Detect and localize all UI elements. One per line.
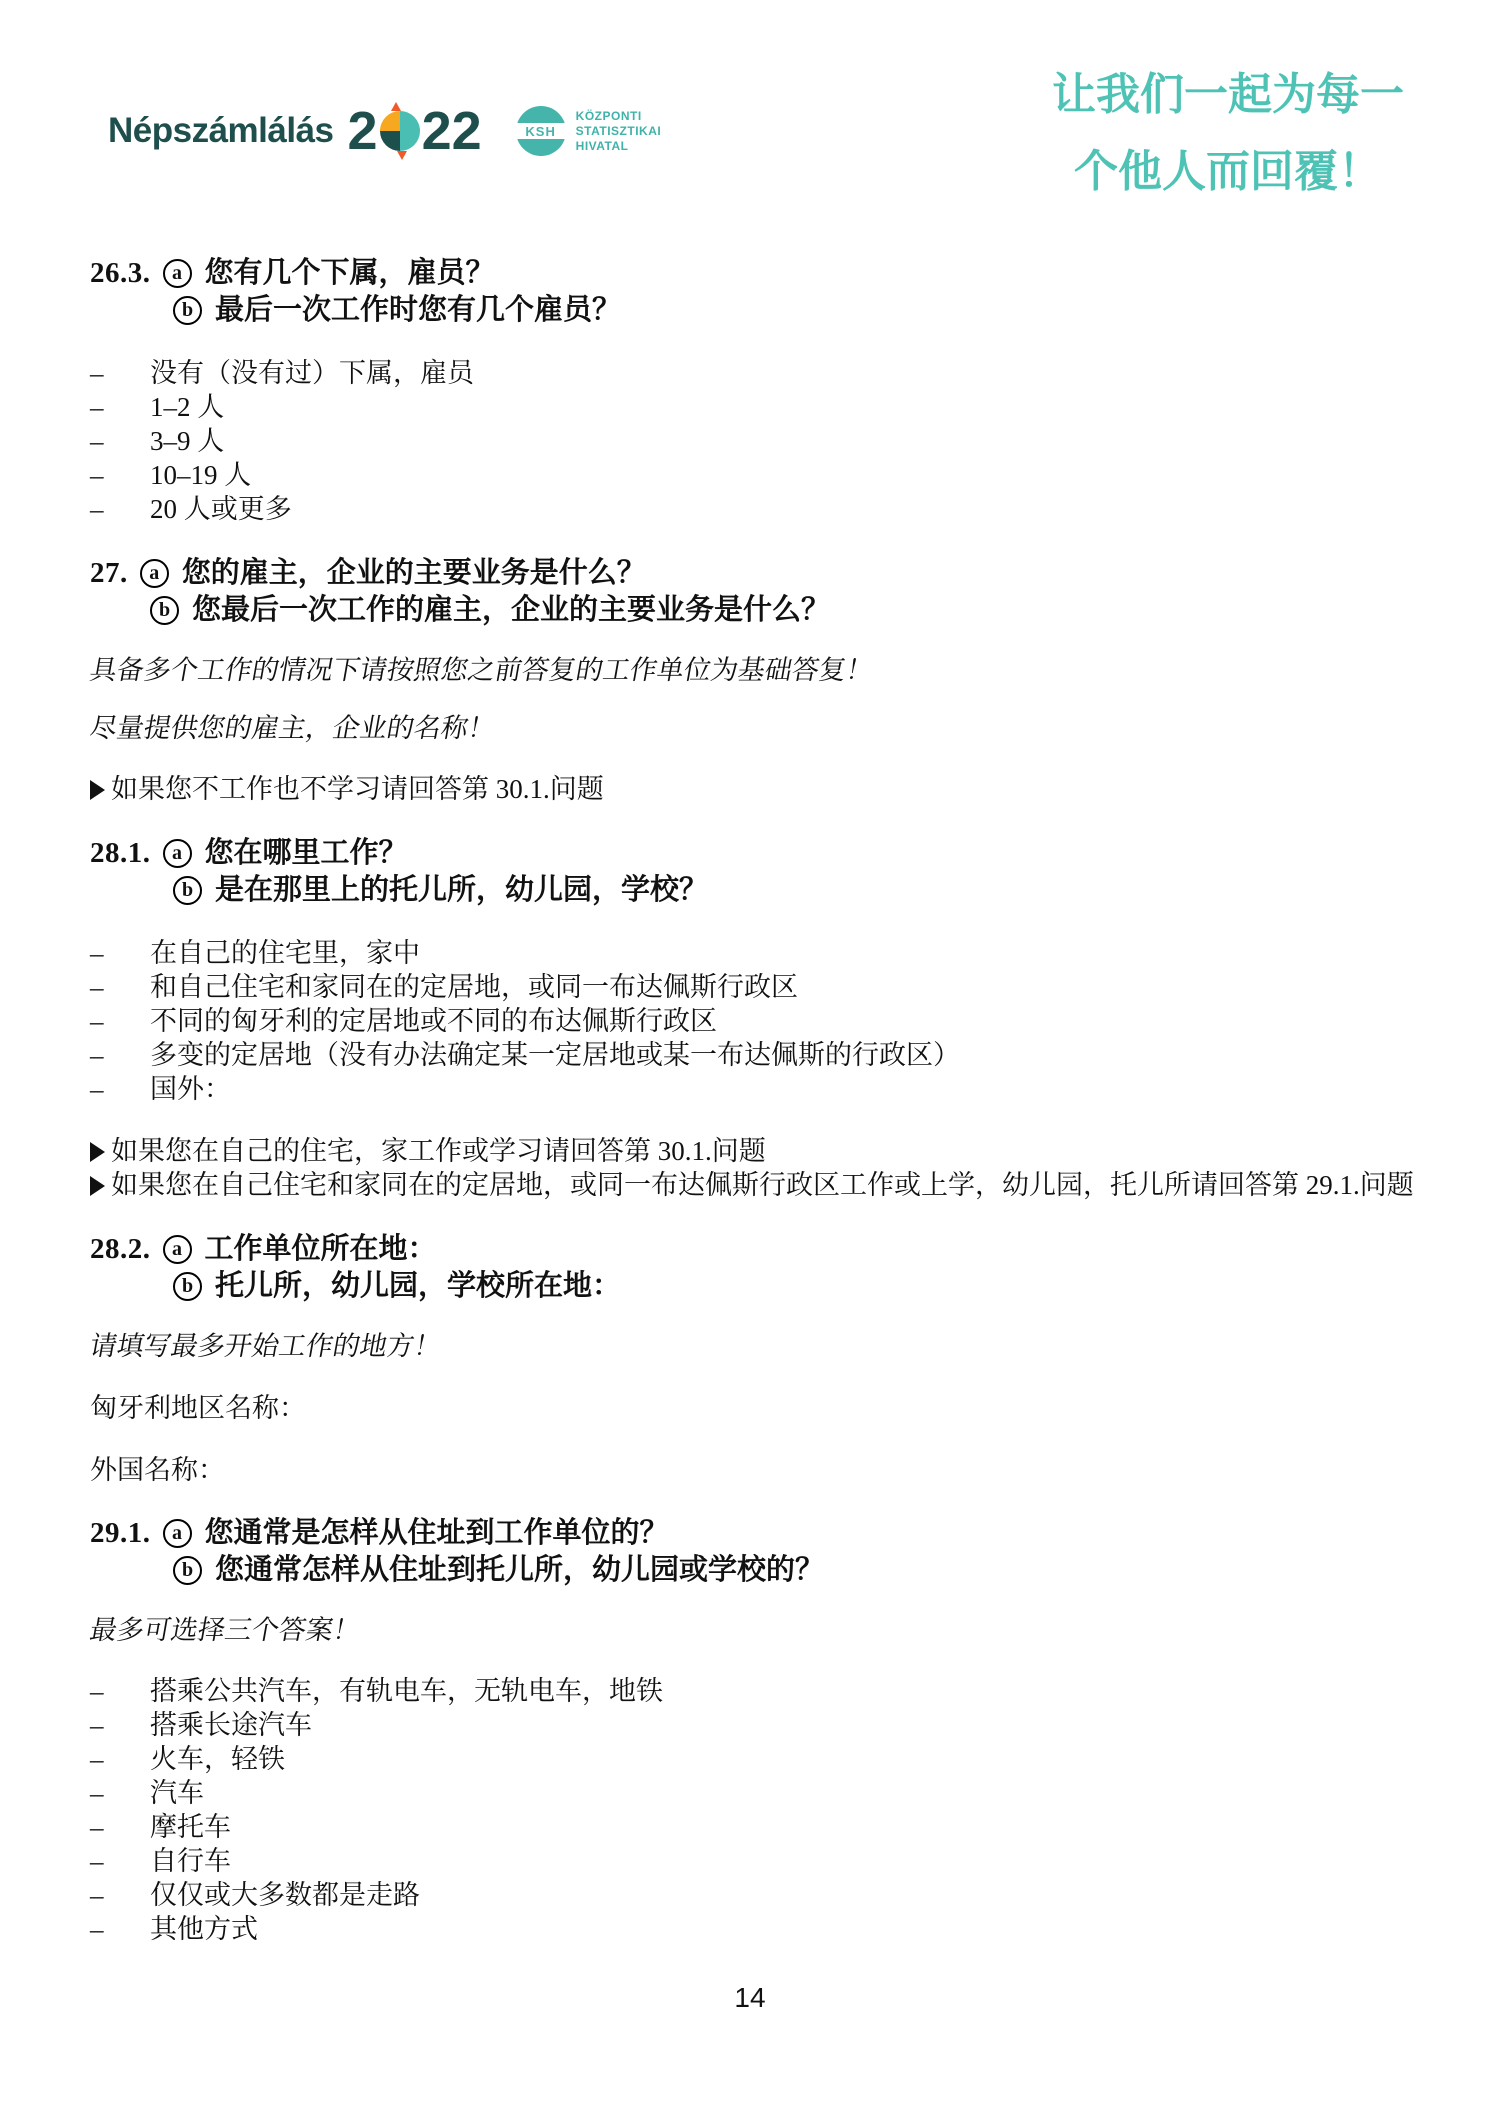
circled-a-icon: a	[163, 839, 192, 868]
skip-instruction: 如果您不工作也不学习请回答第 30.1.问题	[90, 772, 1422, 806]
instruction-text: 请填写最多开始工作的地方！	[87, 1331, 443, 1362]
dash-marker: –	[90, 970, 150, 1004]
pie-pointer-top-icon	[391, 102, 401, 111]
question-text-a: 您在哪里工作？	[205, 836, 408, 871]
question-number: 29.1.	[90, 1516, 151, 1551]
option-text: 国外：	[150, 1072, 231, 1106]
instruction-text: 具备多个工作的情况下请按照您之前答复的工作单位为基础答复！	[87, 655, 875, 686]
option-item: –自行车	[90, 1844, 1422, 1878]
option-item: –多变的定居地（没有办法确定某一定居地或某一布达佩斯的行政区）	[90, 1038, 1422, 1072]
arrow-right-icon	[90, 1176, 105, 1196]
question-number: 28.1.	[90, 836, 151, 871]
question-block: 28.1.a您在哪里工作？b是在那里上的托儿所，幼儿园，学校？	[90, 836, 1422, 908]
option-text: 没有（没有过）下属，雇员	[150, 356, 474, 390]
skip-text: 如果您在自己住宅和家同在的定居地，或同一布达佩斯行政区工作或上学，幼儿园，托儿所…	[111, 1170, 1414, 1200]
question-text-a: 您有几个下属，雇员？	[205, 256, 495, 291]
option-text: 和自己住宅和家同在的定居地，或同一布达佩斯行政区	[150, 970, 798, 1004]
question-block: 26.3.a您有几个下属，雇员？b最后一次工作时您有几个雇员？	[90, 256, 1422, 328]
question-text-b: 您最后一次工作的雇主，企业的主要业务是什么？	[192, 593, 830, 628]
circled-a-icon: a	[163, 259, 192, 288]
dash-marker: –	[90, 424, 150, 458]
question-text-a: 您的雇主，企业的主要业务是什么？	[182, 556, 646, 591]
option-text: 搭乘长途汽车	[150, 1708, 312, 1742]
instruction-text: 最多可选择三个答案！	[87, 1615, 362, 1646]
option-text: 不同的匈牙利的定居地或不同的布达佩斯行政区	[150, 1004, 717, 1038]
skip-text: 如果您不工作也不学习请回答第 30.1.问题	[111, 774, 604, 804]
option-item: –其他方式	[90, 1912, 1422, 1946]
dash-marker: –	[90, 390, 150, 424]
question-text-b: 您通常怎样从住址到托儿所，幼儿园或学校的？	[215, 1553, 824, 1588]
circled-b-icon: b	[173, 876, 202, 905]
slogan-line-2: 个他人而回覆！	[1052, 133, 1404, 210]
question-text-b: 最后一次工作时您有几个雇员？	[215, 293, 621, 328]
page-header: Népszámlálás 2 22 KSH KÖZPONTI STATISZTI…	[108, 94, 661, 168]
dash-marker: –	[90, 936, 150, 970]
option-text: 汽车	[150, 1776, 204, 1810]
option-item: –和自己住宅和家同在的定居地，或同一布达佩斯行政区	[90, 970, 1422, 1004]
option-item: –搭乘长途汽车	[90, 1708, 1422, 1742]
option-text: 在自己的住宅里，家中	[150, 936, 420, 970]
circled-b-icon: b	[173, 296, 202, 325]
question-block: 29.1.a您通常是怎样从住址到工作单位的？b您通常怎样从住址到托儿所，幼儿园或…	[90, 1516, 1422, 1588]
question-number: 28.2.	[90, 1232, 151, 1267]
question-row-a: 26.3.a您有几个下属，雇员？	[90, 256, 1422, 291]
option-item: –1–2 人	[90, 390, 1422, 424]
dash-marker: –	[90, 1674, 150, 1708]
page-number: 14	[0, 1982, 1500, 2014]
dash-marker: –	[90, 1072, 150, 1106]
option-text: 摩托车	[150, 1810, 231, 1844]
question-text-b: 是在那里上的托儿所，幼儿园，学校？	[215, 873, 708, 908]
skip-text: 如果您在自己的住宅，家工作或学习请回答第 30.1.问题	[111, 1136, 766, 1166]
slogan-line-1: 让我们一起为每一	[1052, 56, 1404, 133]
question-row-a: 29.1.a您通常是怎样从住址到工作单位的？	[90, 1516, 1422, 1551]
ksh-line-3: HIVATAL	[576, 139, 662, 154]
option-item: –没有（没有过）下属，雇员	[90, 356, 1422, 390]
option-item: –火车，轻铁	[90, 1742, 1422, 1776]
skip-instruction: 如果您在自己的住宅，家工作或学习请回答第 30.1.问题	[90, 1134, 1422, 1168]
ksh-office-name: KÖZPONTI STATISZTIKAI HIVATAL	[576, 109, 662, 154]
logo-year-digits-rest: 22	[422, 100, 482, 162]
option-item: –10–19 人	[90, 458, 1422, 492]
option-text: 搭乘公共汽车，有轨电车，无轨电车，地铁	[150, 1674, 663, 1708]
dash-marker: –	[90, 1810, 150, 1844]
option-item: –搭乘公共汽车，有轨电车，无轨电车，地铁	[90, 1674, 1422, 1708]
dash-marker: –	[90, 1004, 150, 1038]
question-row-b: b是在那里上的托儿所，幼儿园，学校？	[90, 873, 1422, 908]
document-body: 26.3.a您有几个下属，雇员？b最后一次工作时您有几个雇员？–没有（没有过）下…	[90, 226, 1422, 1946]
dash-marker: –	[90, 1844, 150, 1878]
logo-brand-text: Népszámlálás	[108, 111, 334, 151]
nepszamlalas-2022-logo: Népszámlálás 2 22	[108, 100, 482, 162]
field-label: 外国名称：	[90, 1455, 1422, 1486]
dash-marker: –	[90, 1742, 150, 1776]
question-number: 26.3.	[90, 256, 151, 291]
question-row-a: 28.2.a工作单位所在地：	[90, 1232, 1422, 1267]
option-text: 多变的定居地（没有办法确定某一定居地或某一布达佩斯的行政区）	[150, 1038, 960, 1072]
question-row-b: b托儿所，幼儿园，学校所在地：	[90, 1269, 1422, 1304]
dash-marker: –	[90, 356, 150, 390]
option-text: 自行车	[150, 1844, 231, 1878]
question-row-b: b最后一次工作时您有几个雇员？	[90, 293, 1422, 328]
option-item: –仅仅或大多数都是走路	[90, 1878, 1422, 1912]
skip-instructions: 如果您不工作也不学习请回答第 30.1.问题	[90, 772, 1422, 806]
dash-marker: –	[90, 1912, 150, 1946]
dash-marker: –	[90, 492, 150, 526]
dash-marker: –	[90, 458, 150, 492]
circled-b-icon: b	[150, 596, 179, 625]
dash-marker: –	[90, 1776, 150, 1810]
question-text-a: 工作单位所在地：	[205, 1232, 437, 1267]
option-item: –不同的匈牙利的定居地或不同的布达佩斯行政区	[90, 1004, 1422, 1038]
dash-marker: –	[90, 1878, 150, 1912]
options-list: –搭乘公共汽车，有轨电车，无轨电车，地铁–搭乘长途汽车–火车，轻铁–汽车–摩托车…	[90, 1674, 1422, 1946]
option-item: –3–9 人	[90, 424, 1422, 458]
instruction-text: 尽量提供您的雇主，企业的名称！	[87, 713, 497, 744]
option-text: 3–9 人	[150, 424, 224, 458]
question-number: 27.	[90, 556, 128, 591]
option-item: –摩托车	[90, 1810, 1422, 1844]
ksh-abbr-text: KSH	[511, 123, 571, 139]
question-row-b: b您通常怎样从住址到托儿所，幼儿园或学校的？	[90, 1553, 1422, 1588]
ksh-logo: KSH KÖZPONTI STATISZTIKAI HIVATAL	[516, 106, 662, 156]
option-text: 1–2 人	[150, 390, 224, 424]
option-item: –国外：	[90, 1072, 1422, 1106]
skip-instruction: 如果您在自己住宅和家同在的定居地，或同一布达佩斯行政区工作或上学，幼儿园，托儿所…	[90, 1168, 1422, 1202]
instruction-note: 尽量提供您的雇主，企业的名称！	[90, 713, 1422, 744]
options-list: –没有（没有过）下属，雇员–1–2 人–3–9 人–10–19 人–20 人或更…	[90, 356, 1422, 526]
question-row-a: 27.a您的雇主，企业的主要业务是什么？	[90, 556, 1422, 591]
dash-marker: –	[90, 1708, 150, 1742]
option-text: 10–19 人	[150, 458, 251, 492]
field-label: 匈牙利地区名称：	[90, 1393, 1422, 1424]
logo-year: 2 22	[348, 100, 482, 162]
pie-chart-icon	[380, 111, 420, 151]
option-item: –20 人或更多	[90, 492, 1422, 526]
question-block: 28.2.a工作单位所在地：b托儿所，幼儿园，学校所在地：	[90, 1232, 1422, 1304]
circled-b-icon: b	[173, 1272, 202, 1301]
skip-instructions: 如果您在自己的住宅，家工作或学习请回答第 30.1.问题如果您在自己住宅和家同在…	[90, 1134, 1422, 1202]
option-text: 其他方式	[150, 1912, 258, 1946]
arrow-right-icon	[90, 1142, 105, 1162]
circled-b-icon: b	[173, 1556, 202, 1585]
instruction-note: 具备多个工作的情况下请按照您之前答复的工作单位为基础答复！	[90, 655, 1422, 686]
question-row-b: b您最后一次工作的雇主，企业的主要业务是什么？	[90, 593, 1422, 628]
dash-marker: –	[90, 1038, 150, 1072]
arrow-right-icon	[90, 780, 105, 800]
option-item: –汽车	[90, 1776, 1422, 1810]
instruction-note: 最多可选择三个答案！	[90, 1615, 1422, 1646]
circled-a-icon: a	[163, 1235, 192, 1264]
question-block: 27.a您的雇主，企业的主要业务是什么？b您最后一次工作的雇主，企业的主要业务是…	[90, 556, 1422, 628]
question-text-a: 您通常是怎样从住址到工作单位的？	[205, 1516, 669, 1551]
pie-pointer-bottom-icon	[397, 151, 407, 160]
ksh-line-1: KÖZPONTI	[576, 109, 662, 124]
option-text: 20 人或更多	[150, 492, 292, 526]
instruction-note: 请填写最多开始工作的地方！	[90, 1331, 1422, 1362]
option-text: 仅仅或大多数都是走路	[150, 1878, 420, 1912]
logo-year-digit-first: 2	[348, 100, 378, 162]
option-item: –在自己的住宅里，家中	[90, 936, 1422, 970]
option-text: 火车，轻铁	[150, 1742, 285, 1776]
circled-a-icon: a	[140, 559, 169, 588]
ksh-line-2: STATISZTIKAI	[576, 124, 662, 139]
question-row-a: 28.1.a您在哪里工作？	[90, 836, 1422, 871]
options-list: –在自己的住宅里，家中–和自己住宅和家同在的定居地，或同一布达佩斯行政区–不同的…	[90, 936, 1422, 1106]
circled-a-icon: a	[163, 1519, 192, 1548]
question-text-b: 托儿所，幼儿园，学校所在地：	[215, 1269, 621, 1304]
slogan: 让我们一起为每一 个他人而回覆！	[1052, 56, 1404, 210]
ksh-badge-icon: KSH	[516, 106, 566, 156]
